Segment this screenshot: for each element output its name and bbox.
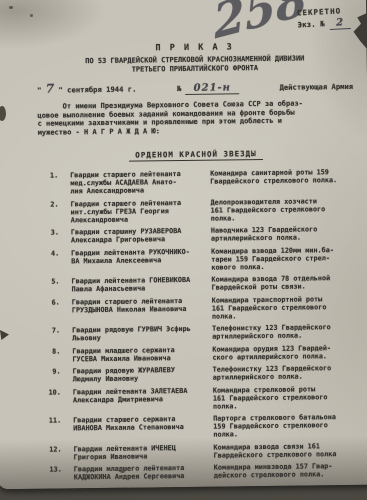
entry-position: Командира взвода 78 отдельной Гвардейско… [211, 274, 357, 292]
entry-number: 1. [38, 172, 58, 196]
award-entry: 8.Гвардии младшего сержанта ГУСЕВА Михаи… [40, 344, 356, 364]
entry-number: 11. [41, 417, 61, 441]
entry-position: Командира минвзвода 157 Гвар- дейского с… [214, 462, 360, 480]
award-entry: 11.Гвардии старшего сержанта ИВАНОВА Мих… [41, 413, 357, 441]
entry-person: Гвардии младшего лейтенанта КАДЖОКИНА Ан… [74, 464, 202, 482]
entry-number: 12. [41, 445, 61, 461]
entry-person: Гвардии старшего лейтенанта инт.службы Г… [70, 199, 198, 225]
date-rest: " сентября 1944 г. [54, 85, 136, 95]
award-entry: 3.Гвардии старшину РУЗАВЕРОВА Александра… [39, 225, 355, 245]
entry-person: Гвардии старшего лейтенанта мед.службы А… [70, 170, 198, 196]
award-entry: 9.Гвардии рядовую ЖУРАВЛЕВУ Людмилу Иван… [41, 364, 357, 384]
secret-label: СЕКРЕТНО [297, 6, 350, 17]
entry-person: Гвардии старшего сержанта ИВАНОВА Михаил… [73, 415, 201, 441]
award-list: 1.Гвардии старшего лейтенанта мед.службы… [38, 168, 358, 482]
scanned-document: 258 СЕКРЕТНО Экз. № 2 П Р И К А З ПО 53 … [0, 0, 367, 500]
entry-person: Гвардии младшего сержанта ГУСЕВА Михаила… [72, 346, 200, 364]
entry-number: 8. [40, 347, 60, 363]
date-line: " 7 " сентября 1944 г. № 021-н Действующ… [37, 81, 353, 95]
entry-person: Гвардии рядовую ЖУРАВЛЕВУ Людмилу Иванов… [73, 366, 201, 384]
quote-open: " [37, 86, 46, 95]
award-entry: 2.Гвардии старшего лейтенанта инт.службы… [39, 197, 355, 225]
entry-person: Гвардии лейтенанта ЗАЛЕТАЕВА Александра … [73, 387, 201, 413]
entry-position: Командира взвода 120мм мин.ба- тареи 159… [211, 246, 357, 272]
army-location: Действующая Армия [279, 82, 353, 92]
entry-position: Телефонистку 123 Гвардейского артиллерий… [213, 364, 359, 382]
copy-line: Экз. № 2 [298, 17, 351, 30]
entry-person: Гвардии рядовую ГУРВИЧ Эсфирь Львовну [72, 325, 200, 343]
order-title: П Р И К А З [37, 41, 353, 55]
entry-position: Командира взвода связи 161 Гвардейского … [213, 442, 359, 460]
entry-number: 3. [39, 229, 59, 245]
entry-position: Телефонистку 123 Гвардейского артиллерий… [212, 323, 358, 341]
preamble-text: От имени Президиума Верховного Совета Со… [37, 99, 353, 137]
entry-number: 9. [41, 368, 61, 384]
paper-speck [9, 6, 13, 9]
entry-person: Гвардии лейтенанта ГОНЕВИКОВА Павла Афан… [71, 276, 199, 294]
award-entry: 1.Гвардии старшего лейтенанта мед.службы… [38, 168, 354, 196]
award-entry: 12.Гвардии лейтенанта ИЧЕНЕЦ Григория Ив… [41, 442, 357, 462]
order-date: " 7 " сентября 1944 г. [37, 84, 136, 95]
award-entry: 7.Гвардии рядовую ГУРВИЧ Эсфирь ЛьвовнуТ… [40, 323, 356, 343]
award-heading: ОРДЕНОМ КРАСНОЙ ЗВЕЗДЫ [129, 149, 262, 162]
paper-speck [120, 470, 125, 473]
entry-position: Парторга стрелкового батальона 159 Гвард… [213, 413, 359, 439]
entry-position: Командира стрелковой роты 161 Гвардейско… [213, 385, 359, 411]
entry-number: 10. [41, 388, 61, 412]
entry-number: 2. [39, 200, 59, 224]
entry-person: Гвардии лейтенанта ИЧЕНЕЦ Григория Ивано… [73, 444, 201, 462]
handwritten-page-number: 258 [212, 0, 309, 45]
entry-position: Командира транспортной роты 161 Гвардейс… [212, 295, 358, 321]
entry-number: 4. [39, 249, 59, 273]
entry-number: 5. [39, 278, 59, 294]
paper-speck [30, 14, 33, 17]
entry-position: Командира санитарной роты 159 Гвардейско… [210, 168, 356, 194]
handwritten-order-number: 021-н [194, 82, 231, 93]
secrecy-stamp: СЕКРЕТНО Экз. № 2 [297, 6, 351, 30]
entry-number: 7. [40, 327, 60, 343]
document-page: 258 СЕКРЕТНО Экз. № 2 П Р И К А З ПО 53 … [0, 0, 367, 489]
award-entry: 13.Гвардии младшего лейтенанта КАДЖОКИНА… [42, 462, 358, 482]
handwritten-copy-number: 2 [329, 17, 351, 30]
entry-position: Делопроизводителя хозчасти 161 Гвардейск… [210, 197, 356, 223]
entry-person: Гвардии старшину РУЗАВЕРОВА Александра Г… [71, 227, 199, 245]
entry-position: Командира орудия 123 Гвардей- ского арти… [212, 344, 358, 362]
copy-label: Экз. № [298, 19, 325, 29]
award-entry: 10.Гвардии лейтенанта ЗАЛЕТАЕВА Александ… [41, 385, 357, 413]
award-entry: 5.Гвардии лейтенанта ГОНЕВИКОВА Павла Аф… [39, 274, 355, 294]
award-entry: 4.Гвардии лейтенанта РУКОЧНИКО- ВА Михаи… [39, 246, 355, 274]
entry-number: 13. [42, 466, 62, 482]
entry-number: 6. [40, 298, 60, 322]
entry-person: Гвардии старшего лейтенанта ГРУЗДЫНОВА Н… [72, 297, 200, 323]
award-entry: 6.Гвардии старшего лейтенанта ГРУЗДЫНОВА… [40, 295, 356, 323]
order-number: № 021-н [177, 83, 239, 93]
award-heading-wrap: ОРДЕНОМ КРАСНОЙ ЗВЕЗДЫ [38, 140, 354, 163]
handwritten-day: 7 [46, 82, 55, 96]
entry-person: Гвардии лейтенанта РУКОЧНИКО- ВА Михаила… [71, 248, 199, 274]
entry-position: Наводчика 123 Гвардейского артиллерийско… [211, 225, 357, 243]
